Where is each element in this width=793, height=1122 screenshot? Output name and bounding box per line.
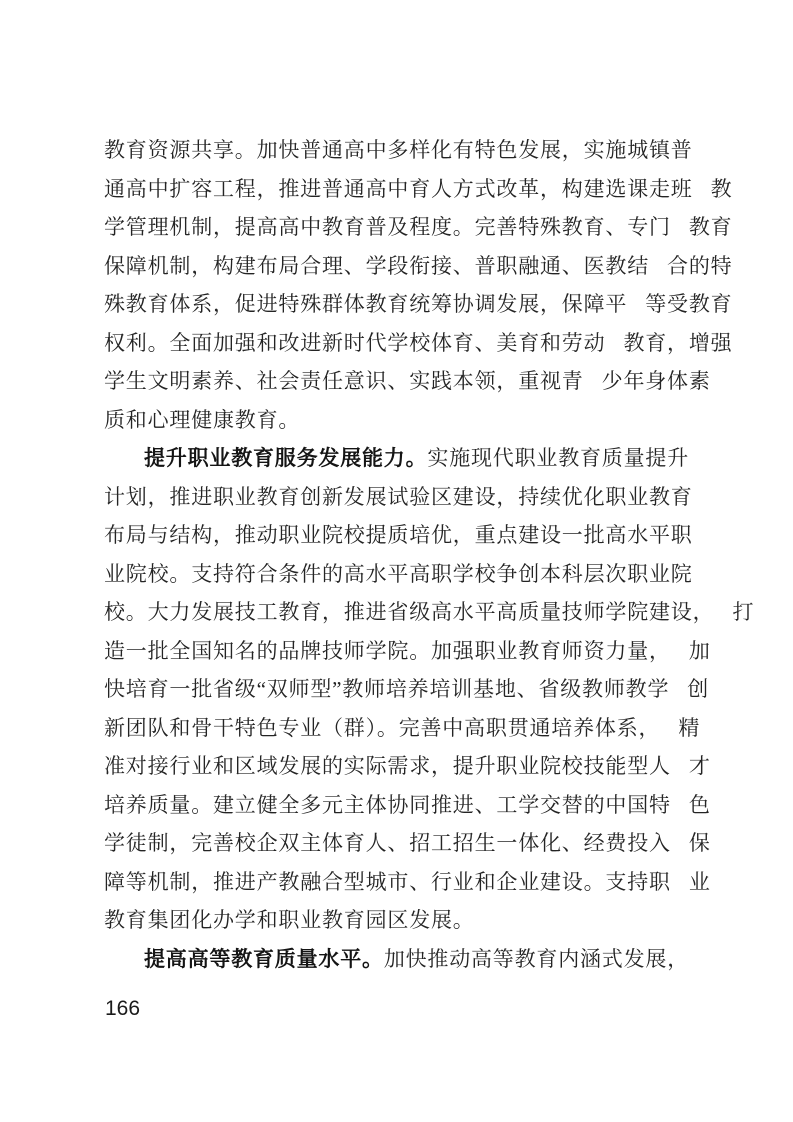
text-line: 质和心理健康教育。 <box>104 401 696 440</box>
text-content: 教育资源共享。加快普通高中多样化有特色发展，实施城镇普 通高中扩容工程，推进普通… <box>104 131 696 978</box>
text-line: 通高中扩容工程，推进普通高中育人方式改革，构建选课走班 教 <box>104 170 696 209</box>
paragraph-lead-bold: 提升职业教育服务发展能力。 <box>144 446 427 470</box>
text-line: 计划，推进职业教育创新发展试验区建设，持续优化职业教育 <box>104 478 696 517</box>
text-line: 准对接行业和区域发展的实际需求，提升职业院校技能型人 才 <box>104 747 696 786</box>
text-line: 造一批全国知名的品牌技师学院。加强职业教育师资力量， 加 <box>104 632 696 671</box>
paragraph-lead-rest: 加快推动高等教育内涵式发展， <box>384 947 689 971</box>
text-line: 障等机制，推进产教融合型城市、行业和企业建设。支持职 业 <box>104 863 696 902</box>
paragraph-lead-rest: 实施现代职业教育质量提升 <box>427 446 689 470</box>
text-line: 新团队和骨干特色专业（群）。完善中高职贯通培养体系， 精 <box>104 709 696 748</box>
text-line: 快培育一批省级“双师型”教师培养培训基地、省级教师教学 创 <box>104 670 696 709</box>
paragraph-lead-bold: 提高高等教育质量水平。 <box>144 947 384 971</box>
text-line: 权利。全面加强和改进新时代学校体育、美育和劳动 教育，增强 <box>104 324 696 363</box>
text-line: 校。大力发展技工教育，推进省级高水平高质量技师学院建设， 打 <box>104 593 696 632</box>
text-line: 布局与结构，推动职业院校提质培优，重点建设一批高水平职 <box>104 516 696 555</box>
document-page: 教育资源共享。加快普通高中多样化有特色发展，实施城镇普 通高中扩容工程，推进普通… <box>0 0 793 1122</box>
text-line: 学生文明素养、社会责任意识、实践本领，重视青 少年身体素 <box>104 362 696 401</box>
text-line: 培养质量。建立健全多元主体协同推进、工学交替的中国特 色 <box>104 786 696 825</box>
paragraph-lead-line: 提升职业教育服务发展能力。实施现代职业教育质量提升 <box>104 439 696 478</box>
text-line: 业院校。支持符合条件的高水平高职学校争创本科层次职业院 <box>104 555 696 594</box>
text-line: 教育资源共享。加快普通高中多样化有特色发展，实施城镇普 <box>104 131 696 170</box>
text-line: 教育集团化办学和职业教育园区发展。 <box>104 901 696 940</box>
text-line: 学管理机制，提高高中教育普及程度。完善特殊教育、专门 教育 <box>104 208 696 247</box>
text-line: 学徒制，完善校企双主体育人、招工招生一体化、经费投入 保 <box>104 824 696 863</box>
text-line: 殊教育体系，促进特殊群体教育统筹协调发展，保障平 等受教育 <box>104 285 696 324</box>
paragraph-lead-line: 提高高等教育质量水平。加快推动高等教育内涵式发展， <box>104 940 696 979</box>
text-line: 保障机制，构建布局合理、学段衔接、普职融通、医教结 合的特 <box>104 247 696 286</box>
page-number: 166 <box>105 997 140 1021</box>
